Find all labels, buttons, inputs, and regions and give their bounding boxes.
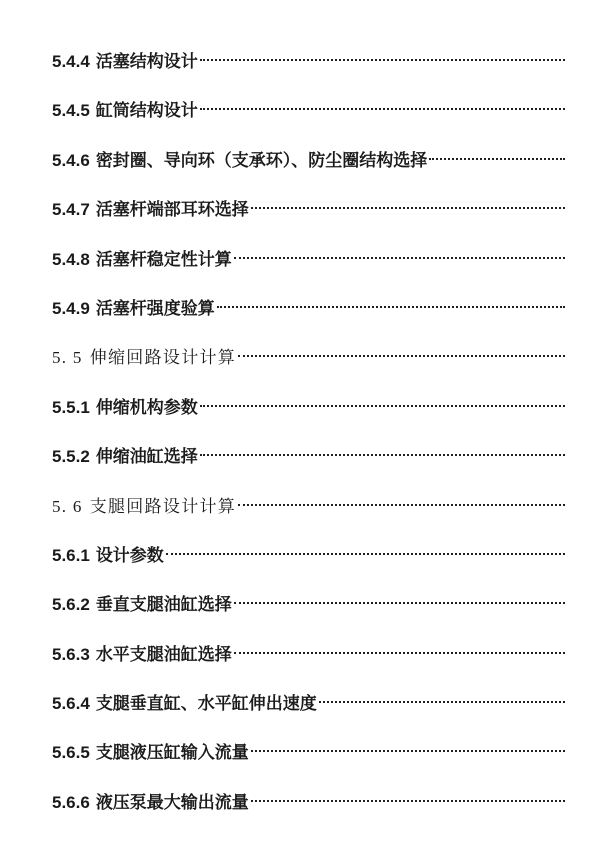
toc-entry-number: 5.5.2 bbox=[52, 447, 90, 466]
toc-entry-title: 伸缩机构参数 bbox=[96, 398, 198, 417]
toc-entry-number: 5. 5 bbox=[52, 348, 83, 367]
toc-entry: 5.6.5 支腿液压缸输入流量 bbox=[52, 743, 565, 792]
toc-entry-title: 伸缩油缸选择 bbox=[96, 447, 198, 466]
dot-leader bbox=[200, 52, 565, 61]
toc-entry-title: 伸缩回路设计计算 bbox=[90, 348, 236, 367]
dot-leader bbox=[200, 101, 565, 110]
toc-entry-title: 液压泵最大输出流量 bbox=[96, 793, 249, 812]
toc-entry: 5.6.6 液压泵最大输出流量 bbox=[52, 793, 565, 842]
dot-leader bbox=[429, 151, 565, 160]
toc-entry: 5. 5 伸缩回路设计计算 bbox=[52, 348, 565, 397]
toc-entry: 5.5.2 伸缩油缸选择 bbox=[52, 447, 565, 496]
toc-entry: 5.4.6 密封圈、导向环（支承环）、防尘圈结构选择 bbox=[52, 151, 565, 200]
toc-entry: 5.4.7 活塞杆端部耳环选择 bbox=[52, 200, 565, 249]
document-page: 5.4.4 活塞结构设计 5.4.5 缸筒结构设计 5.4.6 密封圈、导向环（… bbox=[0, 0, 615, 842]
dot-leader bbox=[234, 250, 565, 259]
toc-entry: 5.5.1 伸缩机构参数 bbox=[52, 398, 565, 447]
dot-leader bbox=[200, 447, 565, 456]
dot-leader bbox=[200, 398, 565, 407]
toc-entry-title: 活塞结构设计 bbox=[96, 52, 198, 71]
toc-entry-number: 5.4.4 bbox=[52, 52, 90, 71]
toc-entry: 5.4.8 活塞杆稳定性计算 bbox=[52, 250, 565, 299]
toc-entry-number: 5.4.7 bbox=[52, 200, 90, 219]
toc-entry-number: 5.6.1 bbox=[52, 546, 90, 565]
toc-entry-title: 支腿垂直缸、水平缸伸出速度 bbox=[96, 694, 317, 713]
toc-entry-number: 5.4.5 bbox=[52, 101, 90, 120]
dot-leader bbox=[238, 497, 565, 506]
dot-leader bbox=[251, 793, 565, 802]
dot-leader bbox=[234, 595, 565, 604]
toc-entry-number: 5.6.2 bbox=[52, 595, 90, 614]
toc-entry-title: 活塞杆稳定性计算 bbox=[96, 250, 232, 269]
toc-entry-number: 5.4.8 bbox=[52, 250, 90, 269]
toc-entry-title: 缸筒结构设计 bbox=[96, 101, 198, 120]
toc-entry-number: 5.5.1 bbox=[52, 398, 90, 417]
table-of-contents: 5.4.4 活塞结构设计 5.4.5 缸筒结构设计 5.4.6 密封圈、导向环（… bbox=[52, 52, 565, 842]
toc-entry-number: 5. 6 bbox=[52, 497, 83, 516]
toc-entry-number: 5.6.4 bbox=[52, 694, 90, 713]
toc-entry-title: 支腿液压缸输入流量 bbox=[96, 743, 249, 762]
dot-leader bbox=[217, 299, 565, 308]
toc-entry-title: 活塞杆强度验算 bbox=[96, 299, 215, 318]
toc-entry-title: 设计参数 bbox=[96, 546, 164, 565]
dot-leader bbox=[238, 348, 565, 357]
dot-leader bbox=[234, 645, 565, 654]
dot-leader bbox=[166, 546, 565, 555]
toc-entry-title: 活塞杆端部耳环选择 bbox=[96, 200, 249, 219]
toc-entry-number: 5.6.5 bbox=[52, 743, 90, 762]
toc-entry: 5. 6 支腿回路设计计算 bbox=[52, 497, 565, 546]
toc-entry: 5.4.9 活塞杆强度验算 bbox=[52, 299, 565, 348]
toc-entry-title: 密封圈、导向环（支承环）、防尘圈结构选择 bbox=[96, 151, 428, 170]
toc-entry-number: 5.4.6 bbox=[52, 151, 90, 170]
toc-entry: 5.6.2 垂直支腿油缸选择 bbox=[52, 595, 565, 644]
toc-entry-number: 5.6.6 bbox=[52, 793, 90, 812]
toc-entry: 5.6.3 水平支腿油缸选择 bbox=[52, 645, 565, 694]
toc-entry: 5.6.1 设计参数 bbox=[52, 546, 565, 595]
dot-leader bbox=[319, 694, 565, 703]
toc-entry-title: 水平支腿油缸选择 bbox=[96, 645, 232, 664]
dot-leader bbox=[251, 200, 565, 209]
toc-entry: 5.4.5 缸筒结构设计 bbox=[52, 101, 565, 150]
dot-leader bbox=[251, 743, 565, 752]
toc-entry: 5.4.4 活塞结构设计 bbox=[52, 52, 565, 101]
toc-entry: 5.6.4 支腿垂直缸、水平缸伸出速度 bbox=[52, 694, 565, 743]
toc-entry-number: 5.4.9 bbox=[52, 299, 90, 318]
toc-entry-title: 垂直支腿油缸选择 bbox=[96, 595, 232, 614]
toc-entry-number: 5.6.3 bbox=[52, 645, 90, 664]
toc-entry-title: 支腿回路设计计算 bbox=[90, 497, 236, 516]
